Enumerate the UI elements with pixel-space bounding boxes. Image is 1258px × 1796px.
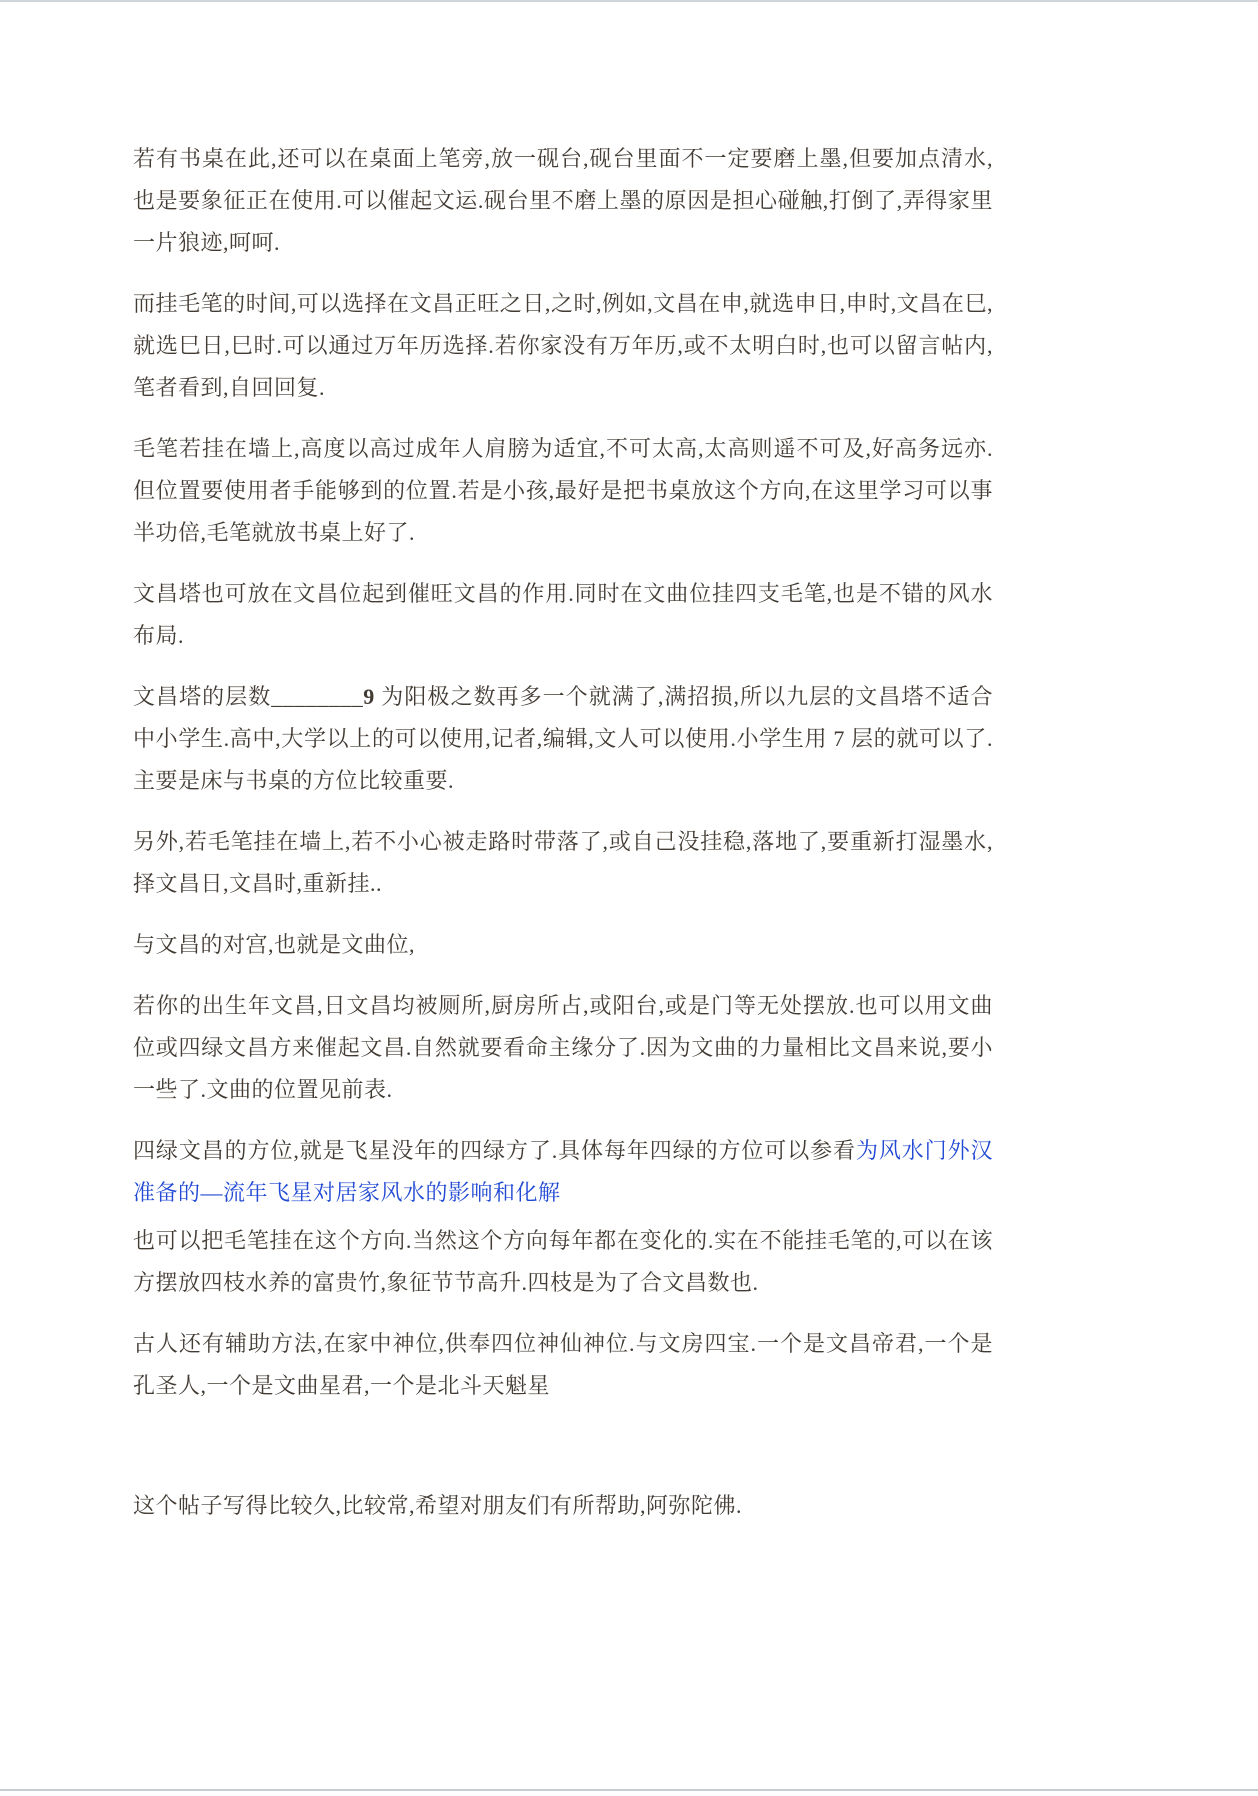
paragraph-green-four: 四绿文昌的方位,就是飞星没年的四绿方了.具体每年四绿的方位可以参看为风水门外汉准… [133, 1130, 993, 1214]
article-body: 若有书桌在此,还可以在桌面上笔旁,放一砚台,砚台里面不一定要磨上墨,但要加点清水… [133, 138, 993, 1546]
page-bottom-border [0, 1789, 1258, 1791]
paragraph-brush-falls: 另外,若毛笔挂在墙上,若不小心被走路时带落了,或自己没挂稳,落地了,要重新打湿墨… [133, 821, 993, 905]
paragraph-text: 文昌塔的层数________ [133, 684, 363, 709]
paragraph-text: 四绿文昌的方位,就是飞星没年的四绿方了.具体每年四绿的方位可以参看 [133, 1138, 856, 1163]
paragraph-brush-height: 毛笔若挂在墙上,高度以高过成年人肩膀为适宜,不可太高,太高则遥不可及,好高务远亦… [133, 428, 993, 554]
paragraph-closing: 这个帖子写得比较久,比较常,希望对朋友们有所帮助,阿弥陀佛. [133, 1485, 993, 1527]
paragraph-hanging-time: 而挂毛笔的时间,可以选择在文昌正旺之日,之时,例如,文昌在申,就选申日,申时,文… [133, 283, 993, 409]
paragraph-pagoda-levels: 文昌塔的层数________9 为阳极之数再多一个就满了,满招损,所以九层的文昌… [133, 676, 993, 802]
paragraph-birth-year: 若你的出生年文昌,日文昌均被厕所,厨房所占,或阳台,或是门等无处摆放.也可以用文… [133, 985, 993, 1111]
document-page: 若有书桌在此,还可以在桌面上笔旁,放一砚台,砚台里面不一定要磨上墨,但要加点清水… [0, 0, 1258, 1796]
paragraph-wenchang-pagoda: 文昌塔也可放在文昌位起到催旺文昌的作用.同时在文曲位挂四支毛笔,也是不错的风水布… [133, 573, 993, 657]
bold-number-nine: 9 [363, 684, 375, 709]
paragraph-lucky-bamboo: 也可以把毛笔挂在这个方向.当然这个方向每年都在变化的.实在不能挂毛笔的,可以在该… [133, 1220, 993, 1304]
paragraph-wenqu-position: 与文昌的对宫,也就是文曲位, [133, 924, 993, 966]
page-top-border [0, 0, 1258, 2]
paragraph-deity-altar: 古人还有辅助方法,在家中神位,供奉四位神仙神位.与文房四宝.一个是文昌帝君,一个… [133, 1323, 993, 1407]
paragraph-inkstone: 若有书桌在此,还可以在桌面上笔旁,放一砚台,砚台里面不一定要磨上墨,但要加点清水… [133, 138, 993, 264]
